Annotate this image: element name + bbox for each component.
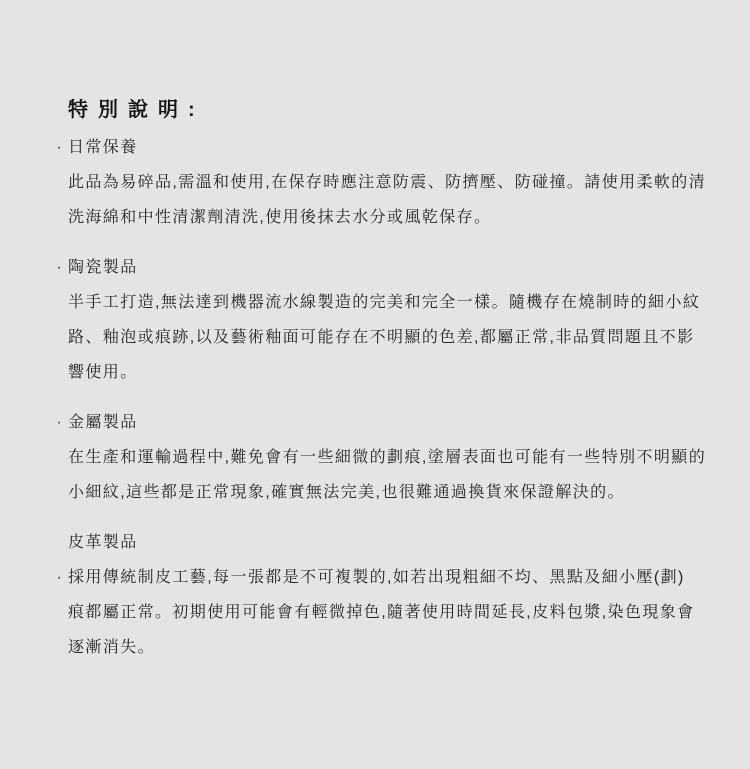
paragraph-line-text: 小細紋,這些都是正常現象,確實無法完美,也很難通過換貨來保證解決的。 bbox=[68, 484, 625, 501]
special-instructions-page: 特別說明: ·日常保養此品為易碎品,需溫和使用,在保存時應注意防震、防擠壓、防碰… bbox=[0, 0, 750, 769]
paragraph-line: 小細紋,這些都是正常現象,確實無法完美,也很難通過換貨來保證解決的。 bbox=[68, 475, 716, 510]
note-section: ·陶瓷製品半手工打造,無法達到機器流水線製造的完美和完全一樣。隨機存在燒制時的細… bbox=[68, 250, 716, 390]
note-section: ·日常保養此品為易碎品,需溫和使用,在保存時應注意防震、防擠壓、防碰撞。請使用柔… bbox=[68, 130, 716, 235]
paragraph-line: 洗海綿和中性清潔劑清洗,使用後抹去水分或風乾保存。 bbox=[68, 200, 716, 235]
paragraph-line: 此品為易碎品,需溫和使用,在保存時應注意防震、防擠壓、防碰撞。請使用柔軟的清 bbox=[68, 165, 716, 200]
page-title: 特別說明: bbox=[68, 97, 716, 123]
section-heading: ·陶瓷製品 bbox=[68, 250, 716, 285]
paragraph-line-text: 半手工打造,無法達到機器流水線製造的完美和完全一樣。隨機存在燒制時的細小紋 bbox=[68, 294, 700, 311]
sections-container: ·日常保養此品為易碎品,需溫和使用,在保存時應注意防震、防擠壓、防碰撞。請使用柔… bbox=[68, 130, 716, 665]
paragraph-line-text: 逐漸消失。 bbox=[68, 639, 155, 656]
paragraph-line-text: 採用傳統制皮工藝,每一張都是不可複製的,如若出現粗細不均、黑點及細小壓(劃) bbox=[68, 569, 685, 586]
paragraph-line: 逐漸消失。 bbox=[68, 630, 716, 665]
bullet-icon: · bbox=[53, 560, 65, 595]
section-heading: ·金屬製品 bbox=[68, 405, 716, 440]
paragraph-line-text: 洗海綿和中性清潔劑清洗,使用後抹去水分或風乾保存。 bbox=[68, 209, 491, 226]
paragraph-line-text: 響使用。 bbox=[68, 364, 138, 381]
paragraph-line: 響使用。 bbox=[68, 355, 716, 390]
bullet-icon: · bbox=[53, 130, 65, 165]
bullet-icon: · bbox=[53, 405, 65, 440]
section-heading-text: 皮革製品 bbox=[68, 534, 138, 551]
section-heading-text: 陶瓷製品 bbox=[68, 259, 138, 276]
paragraph-line: ·採用傳統制皮工藝,每一張都是不可複製的,如若出現粗細不均、黑點及細小壓(劃) bbox=[68, 560, 716, 595]
bullet-icon: · bbox=[53, 250, 65, 285]
section-heading-text: 金屬製品 bbox=[68, 414, 138, 431]
paragraph-line: 半手工打造,無法達到機器流水線製造的完美和完全一樣。隨機存在燒制時的細小紋 bbox=[68, 285, 716, 320]
paragraph-line: 在生產和運輸過程中,難免會有一些細微的劃痕,塗層表面也可能有一些特別不明顯的 bbox=[68, 440, 716, 475]
section-heading: ·日常保養 bbox=[68, 130, 716, 165]
paragraph-line-text: 痕都屬正常。初期使用可能會有輕微掉色,隨著使用時間延長,皮料包漿,染色現象會 bbox=[68, 604, 695, 621]
section-heading-text: 日常保養 bbox=[68, 139, 138, 156]
paragraph-line-text: 在生產和運輸過程中,難免會有一些細微的劃痕,塗層表面也可能有一些特別不明顯的 bbox=[68, 449, 706, 466]
section-heading: 皮革製品 bbox=[68, 525, 716, 560]
paragraph-line-text: 路、釉泡或痕跡,以及藝術釉面可能存在不明顯的色差,都屬正常,非品質問題且不影 bbox=[68, 329, 695, 346]
paragraph-line-text: 此品為易碎品,需溫和使用,在保存時應注意防震、防擠壓、防碰撞。請使用柔軟的清 bbox=[68, 174, 706, 191]
note-section: 皮革製品·採用傳統制皮工藝,每一張都是不可複製的,如若出現粗細不均、黑點及細小壓… bbox=[68, 525, 716, 665]
note-section: ·金屬製品在生產和運輸過程中,難免會有一些細微的劃痕,塗層表面也可能有一些特別不… bbox=[68, 405, 716, 510]
paragraph-line: 痕都屬正常。初期使用可能會有輕微掉色,隨著使用時間延長,皮料包漿,染色現象會 bbox=[68, 595, 716, 630]
paragraph-line: 路、釉泡或痕跡,以及藝術釉面可能存在不明顯的色差,都屬正常,非品質問題且不影 bbox=[68, 320, 716, 355]
